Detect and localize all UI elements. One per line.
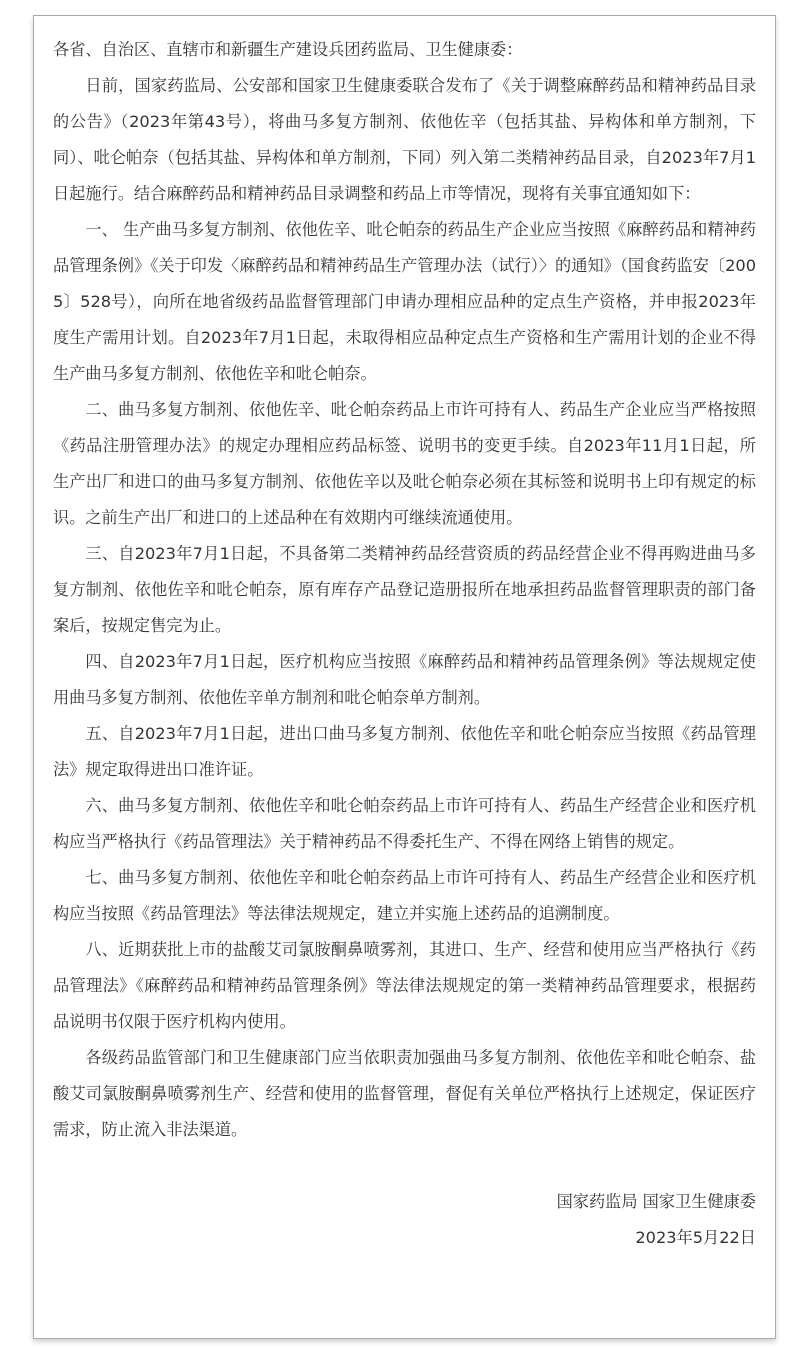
notice-body: 各省、自治区、直辖市和新疆生产建设兵团药监局、卫生健康委： 日前，国家药监局、公… [53, 32, 756, 1256]
signature: 国家药监局 国家卫生健康委 [53, 1184, 756, 1220]
paragraph-closing: 各级药品监管部门和卫生健康部门应当依职责加强曲马多复方制剂、依他佐辛和吡仑帕奈、… [53, 1040, 756, 1148]
paragraph-item-7: 七、曲马多复方制剂、依他佐辛和吡仑帕奈药品上市许可持有人、药品生产经营企业和医疗… [53, 860, 756, 932]
spacer [53, 1148, 756, 1184]
paragraph-item-2: 二、曲马多复方制剂、依他佐辛、吡仑帕奈药品上市许可持有人、药品生产企业应当严格按… [53, 392, 756, 536]
paragraph-item-1: 一、 生产曲马多复方制剂、依他佐辛、吡仑帕奈的药品生产企业应当按照《麻醉药品和精… [53, 212, 756, 392]
paragraph-item-4: 四、自2023年7月1日起，医疗机构应当按照《麻醉药品和精神药品管理条例》等法规… [53, 644, 756, 716]
salutation: 各省、自治区、直辖市和新疆生产建设兵团药监局、卫生健康委： [53, 32, 756, 68]
paragraph-intro: 日前，国家药监局、公安部和国家卫生健康委联合发布了《关于调整麻醉药品和精神药品目… [53, 68, 756, 212]
paragraph-item-3: 三、自2023年7月1日起，不具备第二类精神药品经营资质的药品经营企业不得再购进… [53, 536, 756, 644]
paragraph-item-6: 六、曲马多复方制剂、依他佐辛和吡仑帕奈药品上市许可持有人、药品生产经营企业和医疗… [53, 788, 756, 860]
issue-date: 2023年5月22日 [53, 1220, 756, 1256]
paragraph-item-8: 八、近期获批上市的盐酸艾司氯胺酮鼻喷雾剂，其进口、生产、经营和使用应当严格执行《… [53, 932, 756, 1040]
paragraph-item-5: 五、自2023年7月1日起，进出口曲马多复方制剂、依他佐辛和吡仑帕奈应当按照《药… [53, 716, 756, 788]
notice-document: 各省、自治区、直辖市和新疆生产建设兵团药监局、卫生健康委： 日前，国家药监局、公… [33, 15, 776, 1339]
